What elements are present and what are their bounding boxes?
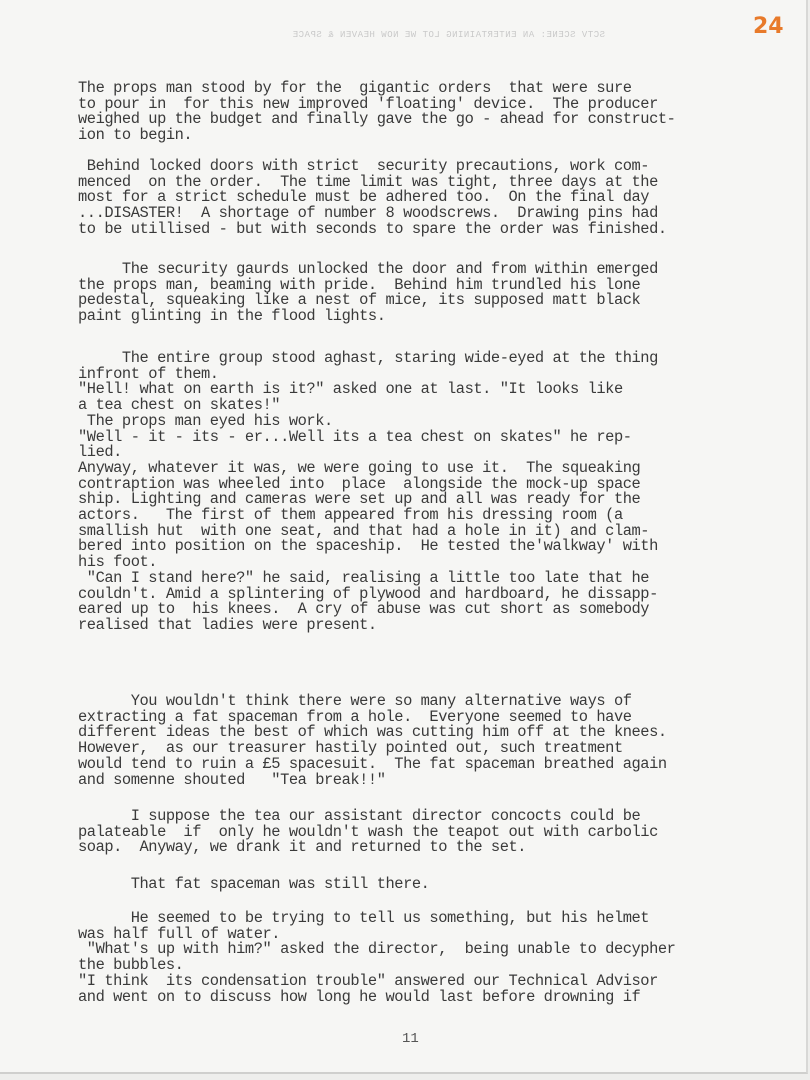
text-line: actors. The first of them appeared from …	[78, 507, 623, 523]
text-line: bered into position on the spaceship. He…	[78, 538, 658, 554]
text-line: his foot.	[78, 554, 157, 570]
text-line: soap. Anyway, we drank it and returned t…	[78, 839, 526, 855]
text-line: infront of them.	[78, 366, 219, 382]
text-line: eared up to his knees. A cry of abuse wa…	[78, 601, 649, 617]
text-line: weighed up the budget and finally gave t…	[78, 111, 675, 127]
footer-page-number: 11	[402, 1031, 419, 1047]
text-line: would tend to ruin a £5 spacesuit. The f…	[78, 756, 667, 772]
text-line: and went on to discuss how long he would…	[78, 989, 640, 1005]
text-line: ...DISASTER! A shortage of number 8 wood…	[78, 205, 658, 221]
text-line: "Well - it - its - er...Well its a tea c…	[78, 429, 632, 445]
text-line: the bubbles.	[78, 957, 183, 973]
text-line: ion to begin.	[78, 127, 192, 143]
text-line: He seemed to be trying to tell us someth…	[78, 910, 649, 926]
text-line: smallish hut with one seat, and that had…	[78, 523, 649, 539]
bleed-through-text: SCTV SCENE: AN ENTERTAINING LOT WE NOW H…	[255, 30, 605, 40]
text-line: menced on the order. The time limit was …	[78, 174, 658, 190]
text-line: I suppose the tea our assistant director…	[78, 808, 640, 824]
text-line: a tea chest on skates!"	[78, 397, 280, 413]
text-line: Behind locked doors with strict security…	[78, 158, 649, 174]
text-line: paint glinting in the flood lights.	[78, 308, 386, 324]
text-line: couldn't. Amid a splintering of plywood …	[78, 586, 658, 602]
text-line: "Hell! what on earth is it?" asked one a…	[78, 381, 623, 397]
text-line: "I think its condensation trouble" answe…	[78, 973, 658, 989]
text-line: realised that ladies were present.	[78, 617, 377, 633]
page-number-badge: 24	[753, 14, 784, 39]
text-line: "What's up with him?" asked the director…	[78, 941, 675, 957]
text-line: and somenne shouted "Tea break!!"	[78, 772, 386, 788]
text-line: The entire group stood aghast, staring w…	[78, 350, 658, 366]
text-line: The props man eyed his work.	[78, 413, 333, 429]
text-line: most for a strict schedule must be adher…	[78, 189, 649, 205]
text-line: palateable if only he wouldn't wash the …	[78, 824, 658, 840]
text-line: The security gaurds unlocked the door an…	[78, 261, 658, 277]
text-line: "Can I stand here?" he said, realising a…	[78, 570, 649, 586]
text-line: extracting a fat spaceman from a hole. E…	[78, 709, 632, 725]
text-line: different ideas the best of which was cu…	[78, 724, 667, 740]
text-line: That fat spaceman was still there.	[78, 876, 429, 892]
text-line: to be utillised - but with seconds to sp…	[78, 221, 667, 237]
text-line: to pour in for this new improved 'floati…	[78, 96, 658, 112]
document-page: SCTV SCENE: AN ENTERTAINING LOT WE NOW H…	[0, 0, 808, 1074]
text-line: ship. Lighting and cameras were set up a…	[78, 491, 640, 507]
text-line: Anyway, whatever it was, we were going t…	[78, 460, 640, 476]
text-line: However, as our treasurer hastily pointe…	[78, 740, 623, 756]
text-line: pedestal, squeaking like a nest of mice,…	[78, 292, 640, 308]
text-line: was half full of water.	[78, 926, 280, 942]
text-line: lied.	[78, 444, 122, 460]
text-line: The props man stood by for the gigantic …	[78, 80, 632, 96]
text-line: the props man, beaming with pride. Behin…	[78, 277, 640, 293]
text-line: You wouldn't think there were so many al…	[78, 693, 632, 709]
text-line: contraption was wheeled into place along…	[78, 476, 640, 492]
